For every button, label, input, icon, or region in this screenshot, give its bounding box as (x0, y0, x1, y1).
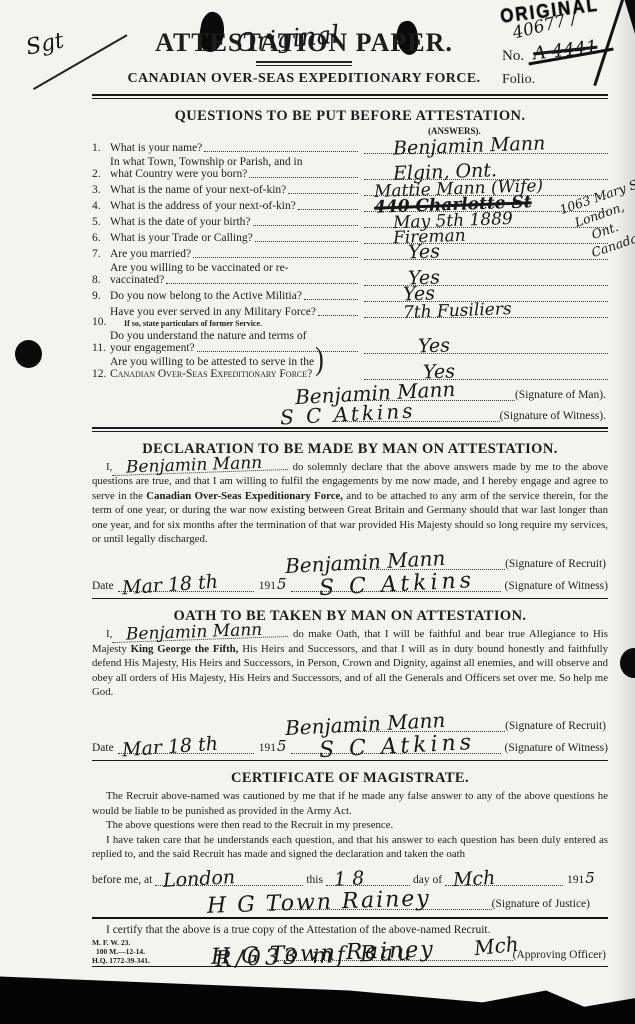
form-number-line: H.Q. 1772-39-341. (92, 956, 150, 965)
question-text: What is your name? (110, 142, 202, 154)
question-number: 9. (92, 290, 110, 302)
year-printed: 191 (567, 874, 584, 886)
certify-copy-text: I certify that the above is a true copy … (92, 924, 608, 936)
oath-name-handwritten: Benjamin Mann (112, 624, 289, 643)
question-number: 5. (92, 216, 110, 228)
brace-glyph: ) (315, 353, 324, 383)
question-text: Have you ever served in any Military For… (110, 306, 316, 318)
question-text: Are you willing to be attested to serve … (110, 356, 314, 368)
sgt-margin-note: Sgt (24, 28, 66, 60)
declaration-name-handwritten: Benjamin Mann (112, 457, 289, 476)
form-number-line: M. F. W. 23. (92, 938, 150, 947)
month-handwritten: Mch (452, 866, 495, 890)
answer-handwritten: Yes (417, 334, 450, 357)
scan-bottom-edge (0, 970, 635, 1024)
before-me-label: before me, at (92, 874, 152, 886)
document-header: Original ATTESTATION PAPER. CANADIAN OVE… (108, 28, 500, 87)
answer-line: Yes (364, 340, 608, 354)
witness-signature-line: S C Atkins (291, 743, 501, 754)
question-row: 8. Are you willing to be vaccinated or r… (92, 262, 608, 286)
declaration-intro: I, (92, 461, 112, 473)
question-row: 6. What is your Trade or Calling? Firema… (92, 230, 608, 244)
dotted-leader (204, 151, 358, 152)
question-text: your engagement? (110, 342, 195, 354)
day-of-label: day of (413, 874, 442, 886)
signature-row: S C Atkins (Signature of Witness). (92, 401, 606, 422)
question-number: 1. (92, 142, 110, 154)
question-number: 4. (92, 200, 110, 212)
answer-line: Benjamin Mann (364, 140, 608, 154)
signature-of-man-label: (Signature of Man). (515, 389, 606, 401)
declaration-body-bold: Canadian Over-Seas Expeditionary Force, (146, 490, 343, 502)
question-text: What is the date of your birth? (110, 216, 251, 228)
certificate-paragraph-2: The above questions were then read to th… (92, 818, 608, 832)
signature-line: Benjamin Mann (337, 721, 505, 732)
witness-signature-line: S C Atkins (291, 581, 501, 592)
justice-signature-label: (Signature of Justice) (492, 898, 590, 910)
place-handwritten: London (163, 866, 236, 892)
force-subtitle: CANADIAN OVER-SEAS EXPEDITIONARY FORCE. (108, 71, 500, 87)
question-row: 11. Do you understand the nature and ter… (92, 330, 608, 354)
date-label: Date (92, 742, 114, 754)
year-printed: 191 (259, 580, 276, 592)
section-divider (92, 917, 608, 919)
dotted-leader (197, 351, 358, 352)
scan-edge-shading (613, 0, 635, 1024)
date-handwritten: Mar 18 th (121, 733, 218, 762)
dotted-leader (255, 241, 358, 242)
answer-line: May 5th 1889 (364, 214, 608, 228)
question-row: 9. Do you now belong to the Active Milit… (92, 288, 608, 302)
certificate-section-title: CERTIFICATE OF MAGISTRATE. (92, 770, 608, 787)
place-line: London (155, 875, 303, 886)
day-handwritten: 1 8 (333, 867, 364, 891)
form-number-footer: M. F. W. 23. 100 M.—12-14. H.Q. 1772-39-… (92, 938, 150, 965)
dotted-leader (288, 193, 358, 194)
recruit-signature-label: (Signature of Recruit) (505, 558, 606, 570)
question-note: If so, state particulars of former Servi… (124, 319, 360, 328)
certificate-paragraph-3: I have taken care that he understands ea… (92, 833, 608, 862)
question-text: Do you understand the nature and terms o… (110, 330, 306, 342)
signature-line: Benjamin Mann (337, 559, 505, 570)
question-text: Are you willing to be vaccinated or re- (110, 262, 289, 274)
certificate-paragraph-1: The Recruit above-named was cautioned by… (92, 789, 608, 818)
question-text: vaccinated? (110, 274, 164, 286)
oath-paragraph: I,Benjamin Mann do make Oath, that I wil… (92, 627, 608, 699)
answer-line: 7th Fusiliers (364, 304, 608, 318)
answer-line: Yes (364, 366, 608, 380)
dotted-leader (298, 209, 358, 210)
year-printed: 191 (259, 742, 276, 754)
question-number: 6. (92, 232, 110, 244)
answer-line: Yes (364, 272, 608, 286)
question-number: 8. (92, 274, 110, 286)
question-number: 10. (92, 316, 110, 328)
date-row: Date Mar 18 th 191 5 S C Atkins (Signatu… (92, 570, 608, 592)
oath-intro: I, (92, 628, 112, 640)
date-line: Mar 18 th (118, 743, 254, 754)
dotted-leader (304, 299, 358, 300)
question-number: 2. (92, 168, 110, 180)
question-row: 1. What is your name? Benjamin Mann (92, 140, 608, 154)
month-line: Mch (445, 875, 563, 886)
dotted-leader (253, 225, 358, 226)
signature-line: S C Atkins (332, 411, 500, 422)
year-digit-handwritten: 5 (277, 575, 287, 593)
questions-section-title: QUESTIONS TO BE PUT BEFORE ATTESTATION. (92, 108, 608, 125)
form-number-line: 100 M.—12-14. (92, 947, 150, 956)
signature-of-witness-label: (Signature of Witness). (500, 410, 606, 422)
answer-handwritten: Yes (408, 240, 441, 263)
declaration-paragraph: I,Benjamin Mann do solemnly declare that… (92, 460, 608, 546)
question-row: 10. Have you ever served in any Military… (92, 304, 608, 328)
signature-line: Benjamin Mann (347, 390, 515, 401)
year-digit-handwritten: 5 (277, 737, 287, 755)
witness-signature-label: (Signature of Witness) (505, 742, 608, 754)
question-text: What is the address of your next-of-kin? (110, 200, 296, 212)
signature-row: Benjamin Mann (Signature of Man). (92, 380, 606, 401)
answer-line: Yes (364, 246, 608, 260)
date-handwritten: Mar 18 th (121, 571, 218, 600)
section-divider (92, 94, 608, 99)
signature-row: Benjamin Mann (Signature of Recruit) (92, 711, 606, 732)
signature-row: Benjamin Mann (Signature of Recruit) (92, 549, 606, 570)
question-text: what Country were you born? (110, 168, 247, 180)
question-text: What is the name of your next-of-kin? (110, 184, 286, 196)
signature-line: H G Town Rainey (267, 899, 492, 910)
question-number: 11. (92, 342, 110, 354)
title-divider (256, 61, 352, 66)
dotted-leader (193, 257, 358, 258)
question-row: 5. What is the date of your birth? May 5… (92, 214, 608, 228)
date-row: Date Mar 18 th 191 5 S C Atkins (Signatu… (92, 732, 608, 754)
question-number: 12. (92, 368, 110, 380)
attestation-paper-scan: Sgt ORIGINAL 40677 / No. A 4441 Folio. 1… (0, 0, 635, 1024)
approving-officer-label: (Approving Officer) (513, 949, 606, 961)
answer-line: Fireman (364, 230, 608, 244)
dotted-leader (249, 177, 358, 178)
document-content: Original ATTESTATION PAPER. CANADIAN OVE… (92, 6, 608, 967)
question-row: 4. What is the address of your next-of-k… (92, 198, 608, 212)
justice-signature-handwritten: H G Town Rainey (206, 886, 431, 919)
day-line: 1 8 (326, 875, 410, 886)
date-line: Mar 18 th (118, 581, 254, 592)
recruit-signature-label: (Signature of Recruit) (505, 720, 606, 732)
approving-officer-suffix-handwritten: Mch (473, 931, 520, 960)
answer-handwritten: 7th Fusiliers (403, 299, 512, 323)
before-me-row: before me, at London this 1 8 day of Mch… (92, 862, 608, 886)
witness-signature-label: (Signature of Witness) (505, 580, 608, 592)
year-digit-handwritten: 5 (585, 869, 595, 887)
question-number: 3. (92, 184, 110, 196)
oath-body-bold: King George the Fifth, (131, 643, 239, 655)
question-text: Are you married? (110, 248, 191, 260)
question-text: What is your Trade or Calling? (110, 232, 253, 244)
question-row: 7. Are you married? Yes (92, 246, 608, 260)
this-label: this (306, 874, 323, 886)
section-divider (92, 427, 608, 432)
question-number: 7. (92, 248, 110, 260)
question-text: Canadian Over-Seas Expeditionary Force? (110, 368, 312, 380)
question-text: Do you now belong to the Active Militia? (110, 290, 302, 302)
question-text: In what Town, Township or Parish, and in (110, 156, 303, 168)
punch-hole-icon (15, 340, 42, 368)
dotted-leader (318, 315, 358, 316)
dotted-leader (166, 283, 358, 284)
date-label: Date (92, 580, 114, 592)
question-row: 12. Are you willing to be attested to se… (92, 356, 608, 380)
